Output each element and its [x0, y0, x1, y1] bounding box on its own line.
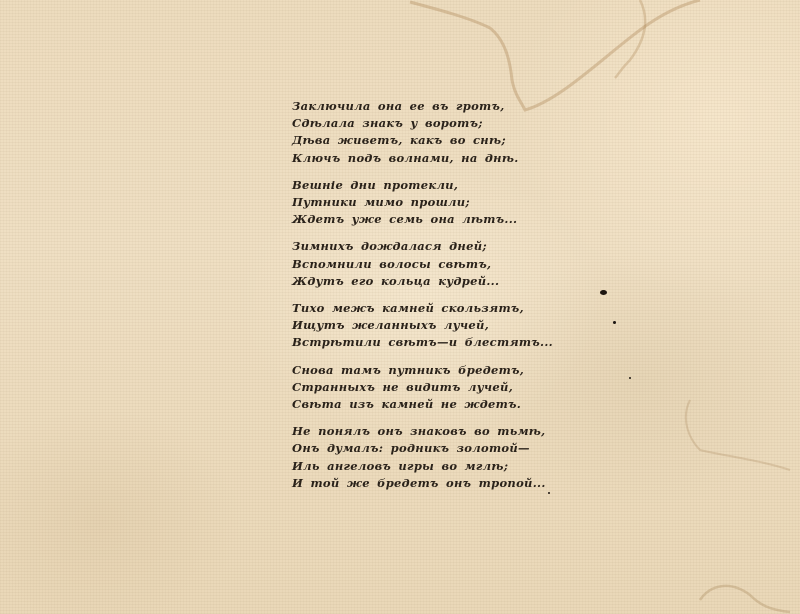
stanza-3: Зимнихъ дождалася дней; Вспомнили волосы… — [292, 238, 553, 290]
stanza-4: Тихо межъ камней скользятъ, Ищутъ желанн… — [292, 300, 553, 352]
ink-dot — [629, 377, 631, 379]
poem-line: Ключъ подъ волнами, на днѣ. — [292, 150, 553, 167]
poem-line: Снова тамъ путникъ бредетъ, — [292, 362, 553, 379]
stanza-2: Вешніе дни протекли, Путники мимо прошли… — [292, 177, 553, 229]
poem: Заключила она ее въ гротъ, Сдѣлала знакъ… — [292, 98, 553, 502]
poem-line: Ждутъ его кольца кудрей... — [292, 273, 553, 290]
poem-line: Вспомнили волосы свѣтъ, — [292, 256, 553, 273]
poem-line: Ждетъ уже семь она лѣтъ... — [292, 211, 553, 228]
stanza-6: Не понялъ онъ знаковъ во тьмѣ, Онъ думал… — [292, 423, 553, 492]
poem-line: Иль ангеловъ игры во мглѣ; — [292, 458, 553, 475]
poem-line: Тихо межъ камней скользятъ, — [292, 300, 553, 317]
ink-dot — [613, 321, 616, 324]
ink-blot — [600, 290, 607, 295]
poem-line: Дѣва живетъ, какъ во снѣ; — [292, 132, 553, 149]
poem-line: Не понялъ онъ знаковъ во тьмѣ, — [292, 423, 553, 440]
poem-line: Сдѣлала знакъ у воротъ; — [292, 115, 553, 132]
poem-line: Вешніе дни протекли, — [292, 177, 553, 194]
stanza-5: Снова тамъ путникъ бредетъ, Странныхъ не… — [292, 362, 553, 414]
poem-line: Заключила она ее въ гротъ, — [292, 98, 553, 115]
poem-line: Свѣта изъ камней не ждетъ. — [292, 396, 553, 413]
poem-line: Онъ думалъ: родникъ золотой— — [292, 440, 553, 457]
poem-line: Встрѣтили свѣтъ—и блестятъ... — [292, 334, 553, 351]
poem-line: Путники мимо прошли; — [292, 194, 553, 211]
poem-line: Ищутъ желанныхъ лучей, — [292, 317, 553, 334]
poem-line: Странныхъ не видитъ лучей, — [292, 379, 553, 396]
poem-line: И той же бредетъ онъ тропой... — [292, 475, 553, 492]
stanza-1: Заключила она ее въ гротъ, Сдѣлала знакъ… — [292, 98, 553, 167]
poem-line: Зимнихъ дождалася дней; — [292, 238, 553, 255]
